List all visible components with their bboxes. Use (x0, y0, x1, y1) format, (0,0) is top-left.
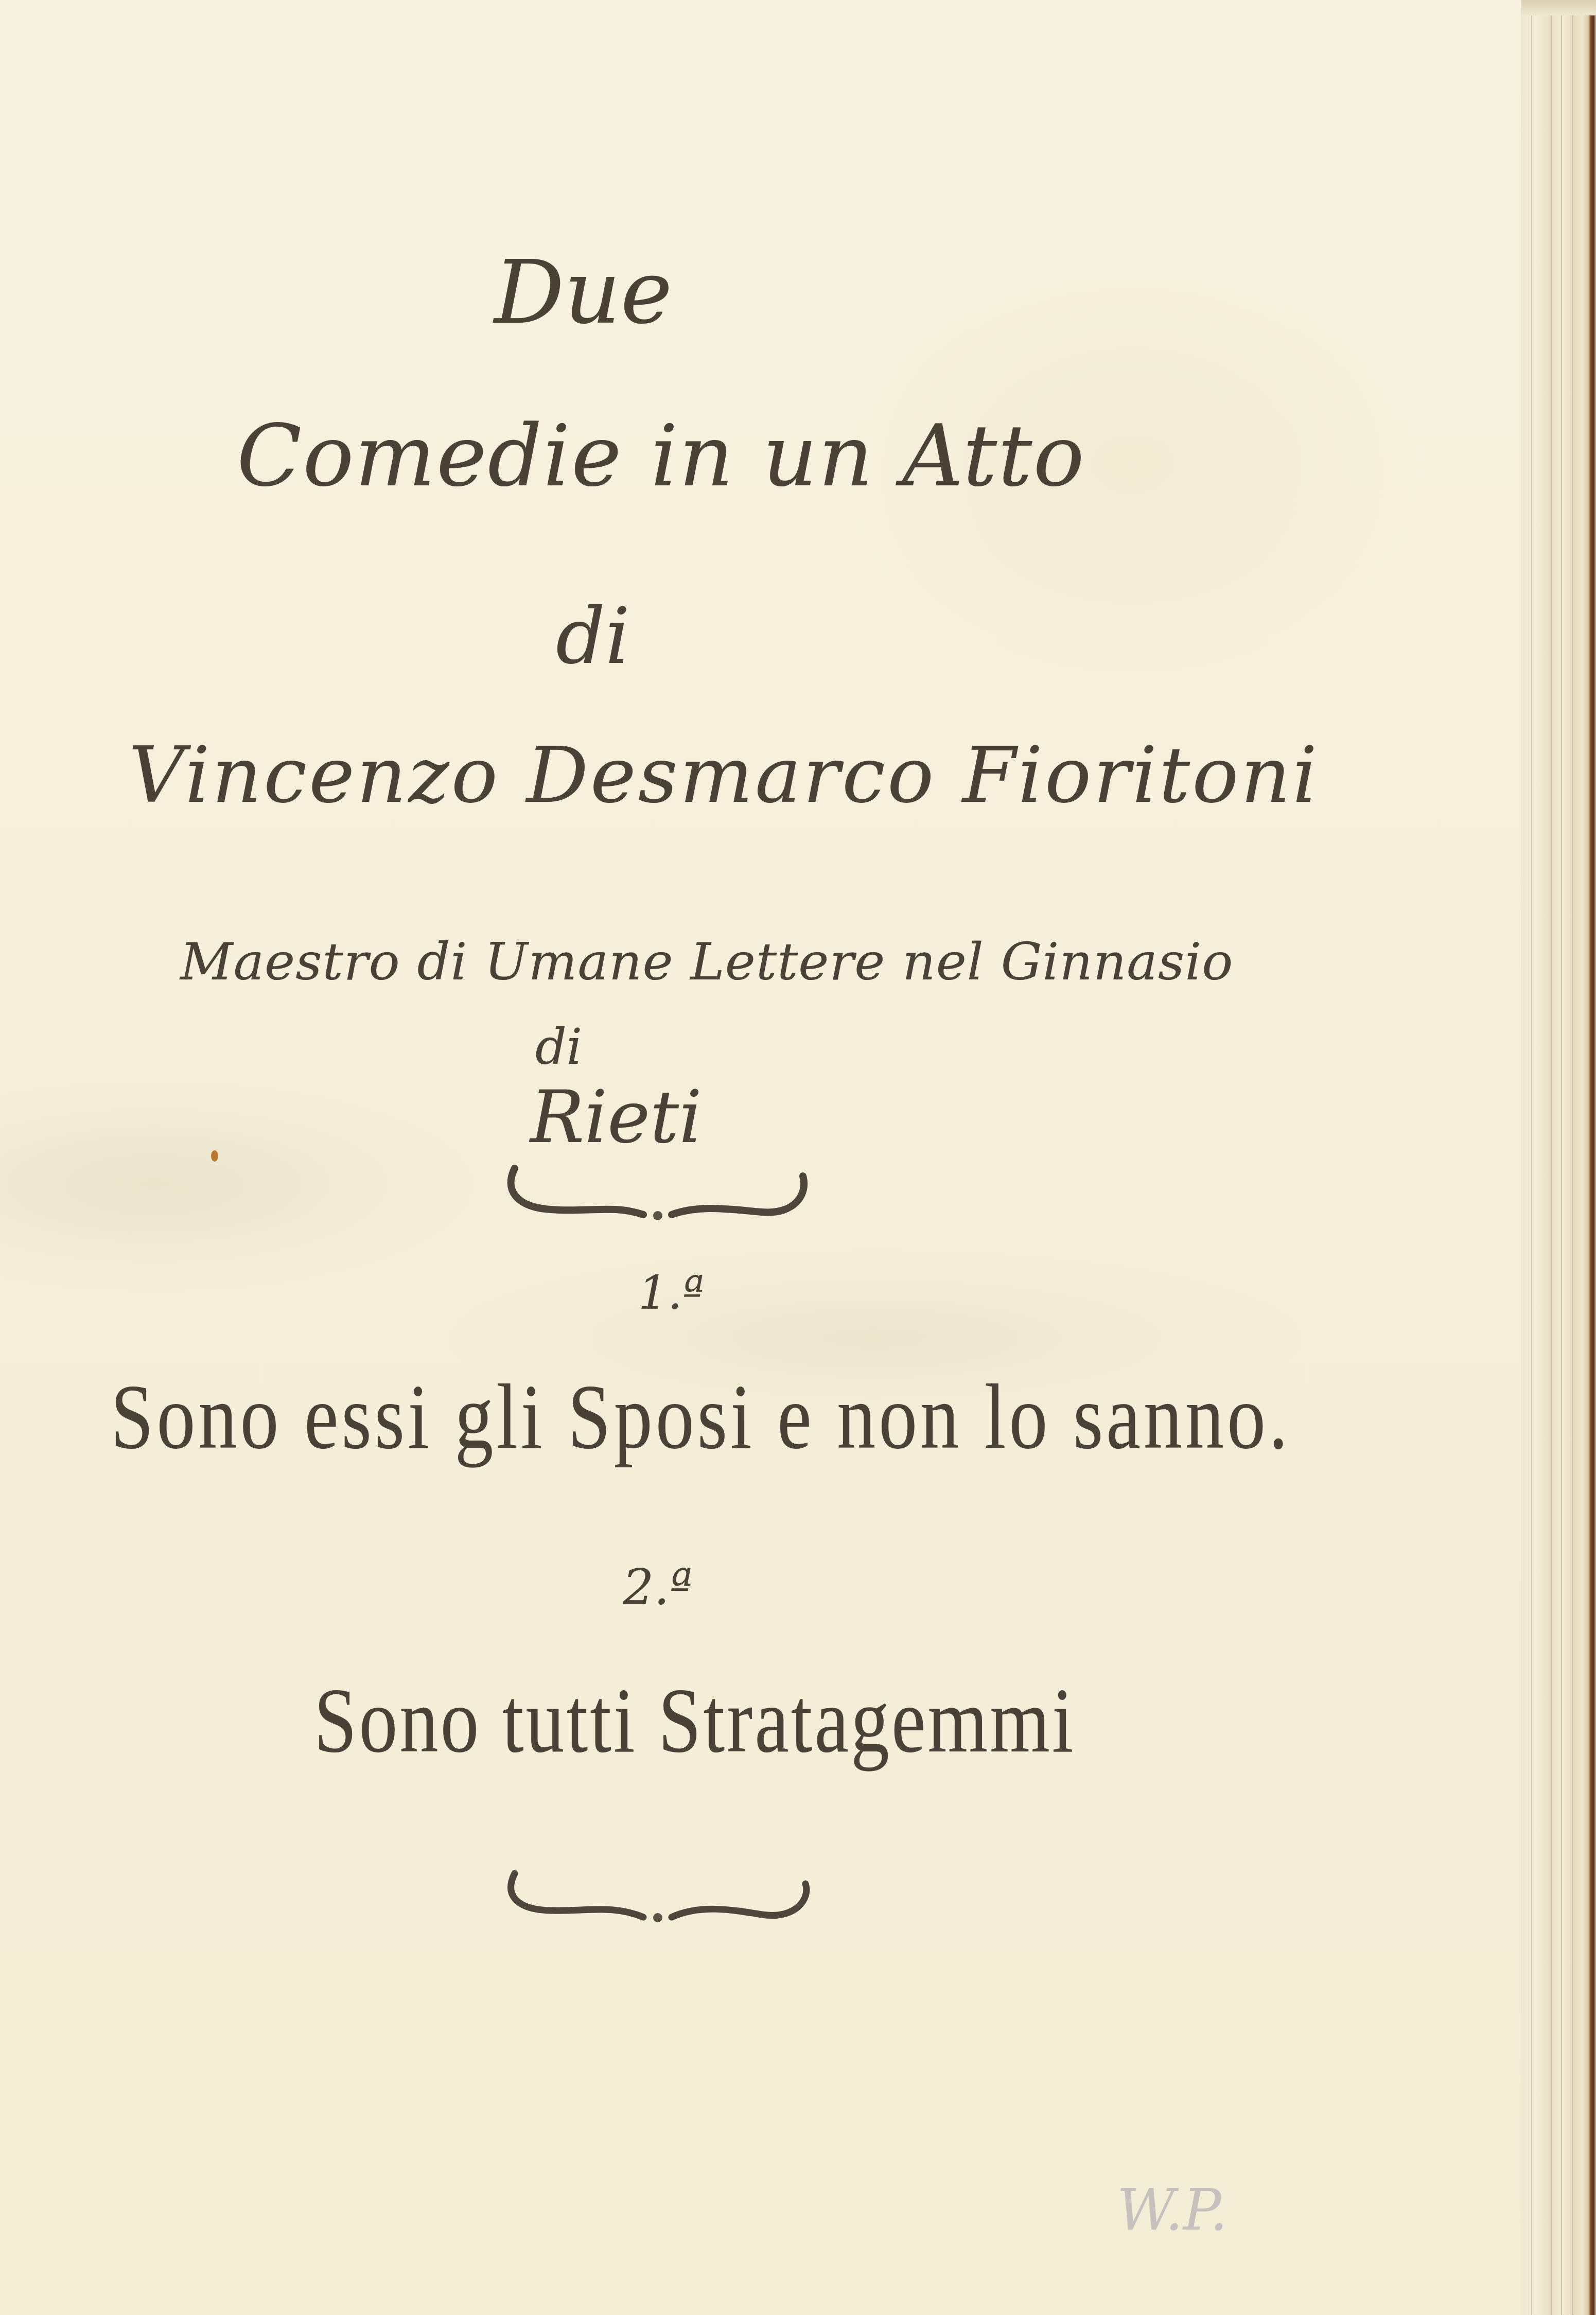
author-name: Vincenzo Desmarco Fioritoni (129, 731, 1319, 820)
by-label: di (556, 592, 630, 681)
play-title-1: Sono essi gli Sposi e non lo sanno. (111, 1364, 1291, 1470)
page-stack-edge (1521, 0, 1596, 2315)
ink-stain (211, 1150, 218, 1162)
play-number-2: 2.ª (623, 1559, 693, 1616)
play-number-1: 1.ª (638, 1266, 705, 1320)
heading-comedie: Comedie in un Atto (237, 407, 1085, 505)
place-prefix: di (535, 1019, 582, 1076)
place-name: Rieti (530, 1076, 702, 1160)
flourish-divider-2 (494, 1868, 823, 1935)
flourish-divider-1 (494, 1158, 823, 1230)
manuscript-page: Due Comedie in un Atto di Vincenzo Desma… (0, 0, 1523, 2315)
book-cover-top-edge (1521, 0, 1596, 15)
pencil-annotation: W.P. (1117, 2177, 1228, 2243)
author-role: Maestro di Umane Lettere nel Ginnasio (180, 932, 1233, 992)
heading-due: Due (494, 242, 672, 344)
play-title-2: Sono tutti Stratagemmi (314, 1668, 1076, 1774)
